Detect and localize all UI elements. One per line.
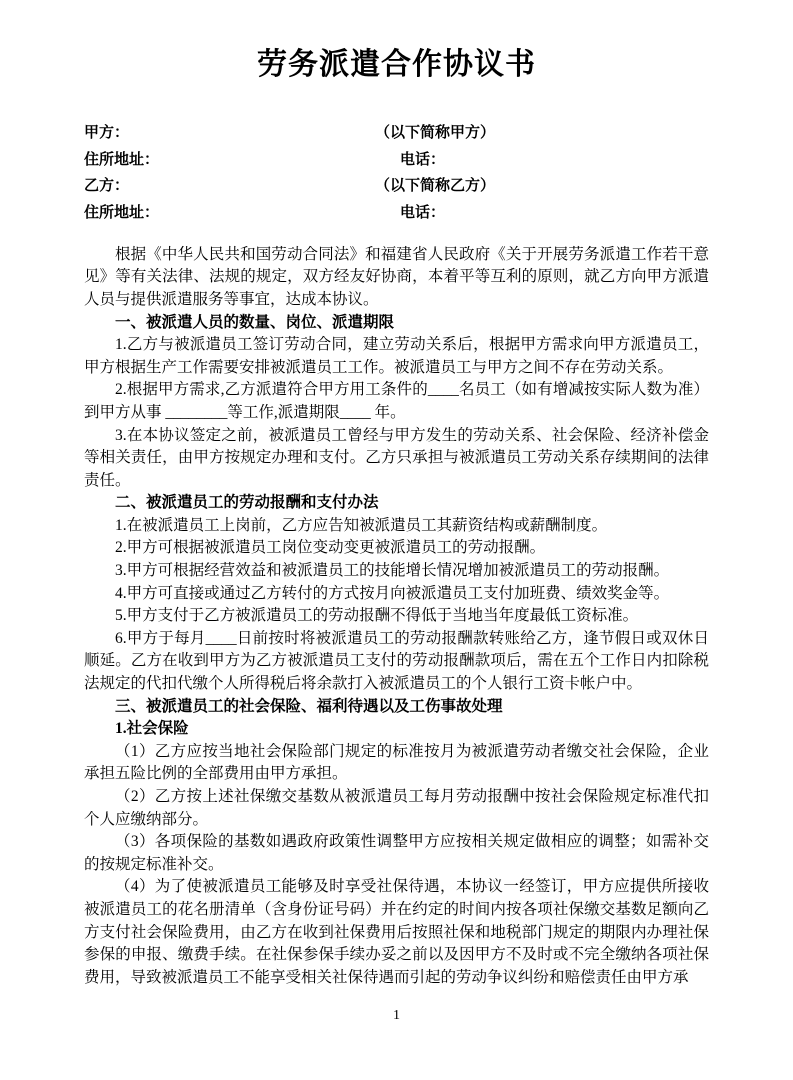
paragraph: （2）乙方按上述社保缴交基数从被派遣员工每月劳动报酬中按社会保险规定标准代扣个人… bbox=[84, 786, 709, 831]
paragraph: 2.根据甲方需求,乙方派遣符合甲方用工条件的____名员工（如有增减按实际人数为… bbox=[84, 379, 709, 424]
party-a-address-row: 住所地址： 电话： bbox=[84, 147, 709, 174]
paragraph: 3.在本协议签定之前，被派遣员工曾经与甲方发生的劳动关系、社会保险、经济补偿金等… bbox=[84, 425, 709, 493]
section-heading: 三、被派遣员工的社会保险、福利待遇以及工伤事故处理 bbox=[84, 696, 709, 719]
party-a-row: 甲方： （以下简称甲方） bbox=[84, 120, 709, 147]
party-a-phone-label: 电话： bbox=[400, 147, 445, 174]
party-a-address-label: 住所地址： bbox=[84, 152, 159, 168]
section-heading: 1.社会保险 bbox=[84, 718, 709, 741]
party-a-label: 甲方： bbox=[84, 125, 129, 141]
section-heading: 一、被派遣人员的数量、岗位、派遣期限 bbox=[84, 312, 709, 335]
party-b-phone-label: 电话： bbox=[400, 200, 445, 227]
page-number: 1 bbox=[0, 1006, 793, 1026]
paragraph: 根据《中华人民共和国劳动合同法》和福建省人民政府《关于开展劳务派遣工作若干意见》… bbox=[84, 244, 709, 312]
paragraph: 3.甲方可根据经营效益和被派遣员工的技能增长情况增加被派遣员工的劳动报酬。 bbox=[84, 560, 709, 583]
document-body: 根据《中华人民共和国劳动合同法》和福建省人民政府《关于开展劳务派遣工作若干意见》… bbox=[84, 244, 709, 990]
paragraph: 2.甲方可根据被派遣员工岗位变动变更被派遣员工的劳动报酬。 bbox=[84, 537, 709, 560]
document-title: 劳务派遣合作协议书 bbox=[84, 44, 709, 86]
party-a-note: （以下简称甲方） bbox=[375, 120, 495, 147]
paragraph: （1）乙方应按当地社会保险部门规定的标准按月为被派遣劳动者缴交社会保险，企业承担… bbox=[84, 741, 709, 786]
paragraph: （3）各项保险的基数如遇政府政策性调整甲方应按相关规定做相应的调整；如需补交的按… bbox=[84, 831, 709, 876]
party-b-note: （以下简称乙方） bbox=[375, 173, 495, 200]
document-page: 劳务派遣合作协议书 甲方： （以下简称甲方） 住所地址： 电话： 乙方： （以下… bbox=[0, 0, 793, 1080]
party-b-row: 乙方： （以下简称乙方） bbox=[84, 173, 709, 200]
party-b-label: 乙方： bbox=[84, 178, 129, 194]
paragraph: （4）为了使被派遣员工能够及时享受社保待遇，本协议一经签订，甲方应提供所接收被派… bbox=[84, 876, 709, 989]
party-b-address-row: 住所地址： 电话： bbox=[84, 200, 709, 227]
paragraph: 6.甲方于每月____日前按时将被派遣员工的劳动报酬款转账给乙方，逢节假日或双休… bbox=[84, 628, 709, 696]
section-heading: 二、被派遣员工的劳动报酬和支付办法 bbox=[84, 492, 709, 515]
paragraph: 1.乙方与被派遣员工签订劳动合同，建立劳动关系后，根据甲方需求向甲方派遣员工，甲… bbox=[84, 334, 709, 379]
party-b-address-label: 住所地址： bbox=[84, 205, 159, 221]
paragraph: 5.甲方支付于乙方被派遣员工的劳动报酬不得低于当地当年度最低工资标准。 bbox=[84, 605, 709, 628]
paragraph: 4.甲方可直接或通过乙方转付的方式按月向被派遣员工支付加班费、绩效奖金等。 bbox=[84, 583, 709, 606]
parties-header: 甲方： （以下简称甲方） 住所地址： 电话： 乙方： （以下简称乙方） 住所地址… bbox=[84, 120, 709, 227]
paragraph: 1.在被派遣员工上岗前，乙方应告知被派遣员工其薪资结构或薪酬制度。 bbox=[84, 515, 709, 538]
document-content: 劳务派遣合作协议书 甲方： （以下简称甲方） 住所地址： 电话： 乙方： （以下… bbox=[84, 0, 709, 989]
